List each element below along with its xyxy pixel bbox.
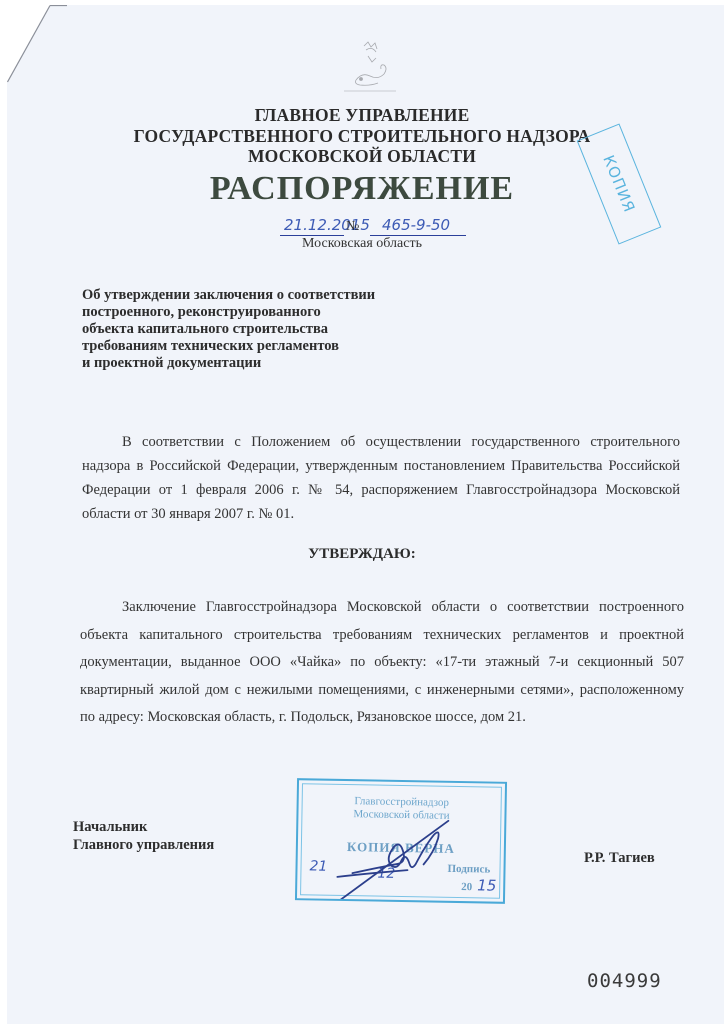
subject-block: Об утверждении заключения о соответствии… [82,287,412,372]
signatory-position: Начальник Главного управления [73,818,214,854]
certified-copy-stamp: Главгосстройнадзор Московской области КО… [295,778,507,904]
subject-line: построенного, реконструированного [82,304,412,321]
preamble-line: области от 30 января 2007 г. № 01. [82,502,680,526]
subject-line: объекта капитального строительства [82,321,412,338]
handwritten-signature-icon [297,780,505,902]
document-number: 465-9-50 [382,216,450,234]
subject-line: требованиям технических регламентов [82,338,412,355]
header-line-1: ГЛАВНОЕ УПРАВЛЕНИЕ [0,105,724,126]
copy-stamp-text: КОПИЯ [599,153,638,216]
number-sign: № [346,219,359,235]
subject-line: Об утверждении заключения о соответствии [82,287,412,304]
subject-line: и проектной документации [82,355,412,372]
body-line: квартирный жилой дом с нежилыми помещени… [80,677,684,705]
position-line-1: Начальник [73,818,214,836]
preamble-paragraph: В соответствии с Положением об осуществл… [82,430,680,526]
body-paragraph: Заключение Главгосстройнадзора Московско… [80,594,684,732]
signatory-name: Р.Р. Тагиев [584,850,655,867]
body-line: документации, выданное ООО «Чайка» по об… [80,649,684,677]
coat-of-arms-icon [340,36,400,96]
position-line-2: Главного управления [73,836,214,854]
preamble-line: надзора в Российской Федерации, утвержде… [82,454,680,478]
preamble-line: В соответствии с Положением об осуществл… [82,430,680,454]
serial-number: 004999 [587,970,662,992]
preamble-line: Федерации от 1 февраля 2006 г. № 54, рас… [82,478,680,502]
approve-heading: УТВЕРЖДАЮ: [0,546,724,563]
body-line: по адресу: Московская область, г. Подоль… [80,704,684,732]
body-line: объекта капитального строительства требо… [80,622,684,650]
body-line: Заключение Главгосстройнадзора Московско… [80,594,684,622]
date-number-line: 21.12.2015 № 465-9-50 [270,216,470,238]
